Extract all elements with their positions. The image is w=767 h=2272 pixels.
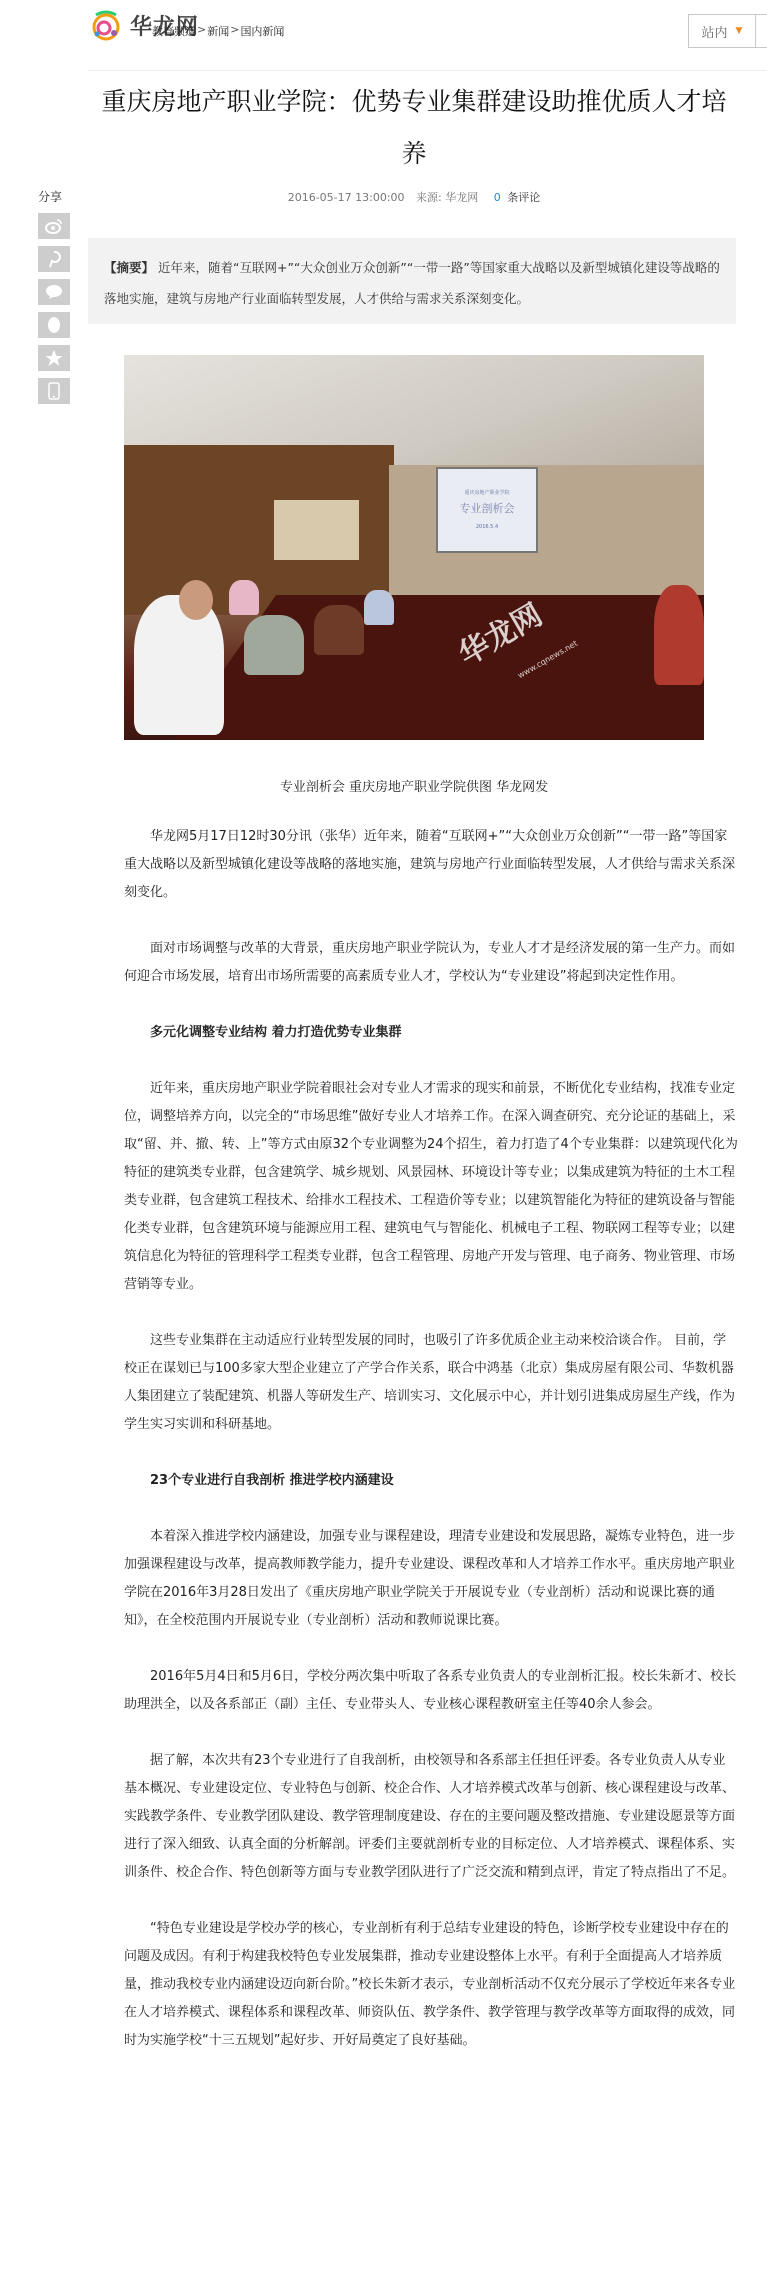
share-bar: 分享 — [38, 188, 72, 411]
source-value: 华龙网 — [445, 191, 478, 204]
photo-wall-panel — [274, 500, 359, 560]
article-photo: 重庆房地产职业学院 专业剖析会 2016.5.4 华龙网 www.cqnews.… — [124, 355, 704, 740]
source-label: 来源: — [416, 191, 442, 204]
share-weibo-button[interactable] — [38, 213, 70, 239]
share-qq-button[interactable] — [38, 312, 70, 338]
summary-text: 近年来，随着“互联网+”“大众创业万众创新”“一带一路”等国家重大战略以及新型城… — [104, 260, 720, 306]
projector-screen: 重庆房地产职业学院 专业剖析会 2016.5.4 — [436, 467, 538, 553]
article-paragraph: 面对市场调整与改革的大背景，重庆房地产职业学院认为，专业人才才是经济发展的第一生… — [124, 935, 738, 991]
search-box: 站内 ▼ — [688, 14, 767, 48]
share-mobile-button[interactable] — [38, 378, 70, 404]
article-body: 华龙网5月17日12时30分讯（张华）近年来，随着“互联网+”“大众创业万众创新… — [124, 823, 738, 2055]
article-paragraph: 据了解，本次共有23个专业进行了自我剖析，由校领导和各系部主任担任评委。各专业负… — [124, 1747, 738, 1887]
title-line-2: 养 — [88, 128, 740, 180]
search-scope-dropdown[interactable]: 站内 ▼ — [689, 15, 756, 47]
share-pinterest-button[interactable] — [38, 246, 70, 272]
share-wechat-button[interactable] — [38, 279, 70, 305]
article-paragraph: “特色专业建设是学校办学的核心，专业剖析有利于总结专业建设的特色，诊断学校专业建… — [124, 1915, 738, 2055]
photo-person — [364, 590, 394, 625]
photo-person — [244, 615, 304, 675]
section-heading: 多元化调整专业结构 着力打造优势专业集群 — [124, 1019, 738, 1047]
qq-penguin-icon — [47, 316, 61, 334]
article-paragraph: 近年来，重庆房地产职业学院着眼社会对专业人才需求的现实和前景，不断优化专业结构，… — [124, 1075, 738, 1299]
page-title: 重庆房地产职业学院：优势专业集群建设助推优质人才培 养 — [88, 76, 740, 180]
photo-person — [654, 585, 704, 685]
wechat-icon — [45, 284, 63, 300]
site-header: 华龙网 教育频道 > 新闻 > 国内新闻 站内 ▼ — [0, 0, 767, 56]
article-paragraph: 2016年5月4日和5月6日，学校分两次集中听取了各系专业负责人的专业剖析汇报。… — [124, 1663, 738, 1719]
breadcrumb-item-news[interactable]: 新闻 — [207, 23, 229, 39]
publish-datetime: 2016-05-17 13:00:00 — [288, 191, 405, 204]
breadcrumb-item-education[interactable]: 教育频道 — [152, 23, 196, 39]
photo-person — [134, 595, 224, 735]
breadcrumb: 教育频道 > 新闻 > 国内新闻 — [152, 23, 284, 39]
photo-caption: 专业剖析会 重庆房地产职业学院供图 华龙网发 — [88, 776, 740, 795]
search-scope-label: 站内 — [702, 22, 728, 41]
summary-label: 【摘要】 — [104, 260, 154, 275]
dragon-logo-icon — [88, 7, 124, 43]
share-qzone-button[interactable] — [38, 345, 70, 371]
comment-label[interactable]: 条评论 — [507, 191, 540, 204]
breadcrumb-separator: > — [230, 23, 239, 39]
pinterest-icon — [46, 250, 62, 268]
qzone-star-icon — [45, 349, 63, 367]
article-summary: 【摘要】 近年来，随着“互联网+”“大众创业万众创新”“一带一路”等国家重大战略… — [88, 238, 736, 324]
title-divider — [88, 70, 767, 71]
photo-person-head — [179, 580, 213, 620]
mobile-phone-icon — [48, 382, 60, 400]
article-paragraph: 本着深入推进学校内涵建设，加强专业与课程建设，理清专业建设和发展思路，凝炼专业特… — [124, 1523, 738, 1635]
breadcrumb-item-domestic-news[interactable]: 国内新闻 — [240, 23, 284, 39]
photo-person — [314, 605, 364, 655]
article-meta: 2016-05-17 13:00:00 来源: 华龙网 0 条评论 — [88, 189, 740, 205]
share-label: 分享 — [38, 188, 72, 205]
section-heading: 23个专业进行自我剖析 推进学校内涵建设 — [124, 1467, 738, 1495]
comment-count[interactable]: 0 — [494, 191, 501, 204]
article-paragraph: 这些专业集群在主动适应行业转型发展的同时，也吸引了许多优质企业主动来校洽谈合作。… — [124, 1327, 738, 1439]
title-line-1: 重庆房地产职业学院：优势专业集群建设助推优质人才培 — [88, 76, 740, 128]
weibo-icon — [45, 218, 63, 234]
photo-person — [229, 580, 259, 615]
breadcrumb-separator: > — [197, 23, 206, 39]
article-paragraph: 华龙网5月17日12时30分讯（张华）近年来，随着“互联网+”“大众创业万众创新… — [124, 823, 738, 907]
chevron-down-icon: ▼ — [736, 26, 743, 36]
